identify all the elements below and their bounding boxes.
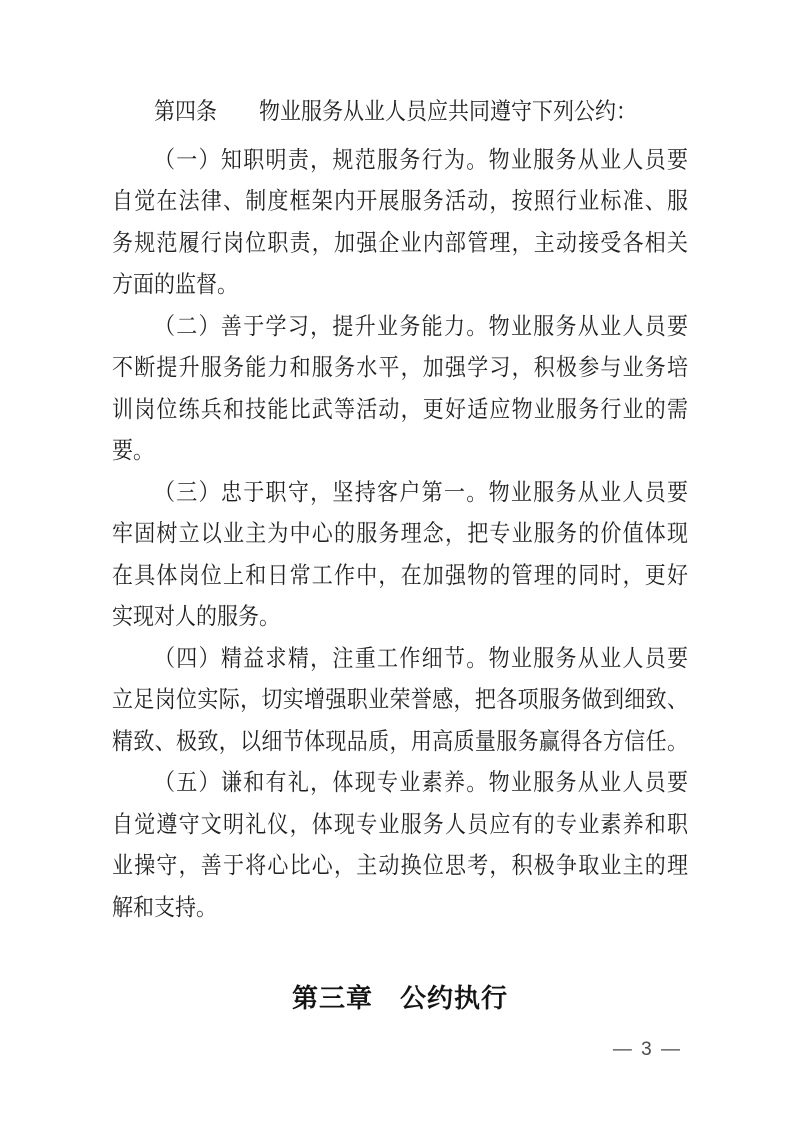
text-line: 训岗位练兵和技能比武等活动，更好适应物业服务行业的需: [112, 386, 688, 432]
text-line: 方面的监督。: [112, 262, 688, 308]
chapter-heading: 第三章 公约执行: [112, 978, 688, 1020]
paragraph-item-5: （五）谦和有礼，体现专业素养。物业服务从业人员要 自觉遵守文明礼仪，体现专业服务…: [112, 762, 688, 928]
text-line: （四）精益求精，注重工作细节。物业服务从业人员要: [112, 635, 688, 681]
text-line: 在具体岗位上和日常工作中，在加强物的管理的同时，更好: [112, 552, 688, 598]
text-line: （二）善于学习，提升业务能力。物业服务从业人员要: [112, 303, 688, 349]
text-line: 牢固树立以业主为中心的服务理念，把专业服务的价值体现: [112, 511, 688, 557]
text-line: 实现对人的服务。: [112, 594, 688, 640]
text-line: （三）忠于职守，坚持客户第一。物业服务从业人员要: [112, 469, 688, 515]
document-page: 第四条 物业服务从业人员应共同遵守下列公约： （一）知职明责，规范服务行为。物业…: [0, 0, 800, 1131]
text-line: 解和支持。: [112, 884, 688, 930]
paragraph-item-1: （一）知职明责，规范服务行为。物业服务从业人员要 自觉在法律、制度框架内开展服务…: [112, 140, 688, 306]
text-line: 自觉遵守文明礼仪，体现专业服务人员应有的专业素养和职: [112, 801, 688, 847]
text-line: 精致、极致，以细节体现品质，用高质量服务赢得各方信任。: [112, 718, 688, 764]
text-line: 不断提升服务能力和服务水平，加强学习，积极参与业务培: [112, 345, 688, 391]
text-line: 务规范履行岗位职责，加强企业内部管理，主动接受各相关: [112, 220, 688, 266]
text-line: 第四条 物业服务从业人员应共同遵守下列公约：: [112, 89, 688, 135]
text-line: 立足岗位实际，切实增强职业荣誉感，把各项服务做到细致、: [112, 677, 688, 723]
paragraph-item-2: （二）善于学习，提升业务能力。物业服务从业人员要 不断提升服务能力和服务水平，加…: [112, 306, 688, 472]
text-line: 要。: [112, 428, 688, 474]
text-line: 业操守，善于将心比心，主动换位思考，积极争取业主的理: [112, 843, 688, 889]
page-number: — 3 —: [613, 1038, 682, 1062]
text-line: 自觉在法律、制度框架内开展服务活动，按照行业标准、服: [112, 179, 688, 225]
paragraph-item-4: （四）精益求精，注重工作细节。物业服务从业人员要 立足岗位实际，切实增强职业荣誉…: [112, 638, 688, 763]
paragraph-article-4: 第四条 物业服务从业人员应共同遵守下列公约：: [112, 91, 688, 133]
paragraph-item-3: （三）忠于职守，坚持客户第一。物业服务从业人员要 牢固树立以业主为中心的服务理念…: [112, 472, 688, 638]
document-body: 第四条 物业服务从业人员应共同遵守下列公约： （一）知职明责，规范服务行为。物业…: [112, 91, 688, 1020]
text-line: （一）知职明责，规范服务行为。物业服务从业人员要: [112, 137, 688, 183]
text-line: （五）谦和有礼，体现专业素养。物业服务从业人员要: [112, 760, 688, 806]
